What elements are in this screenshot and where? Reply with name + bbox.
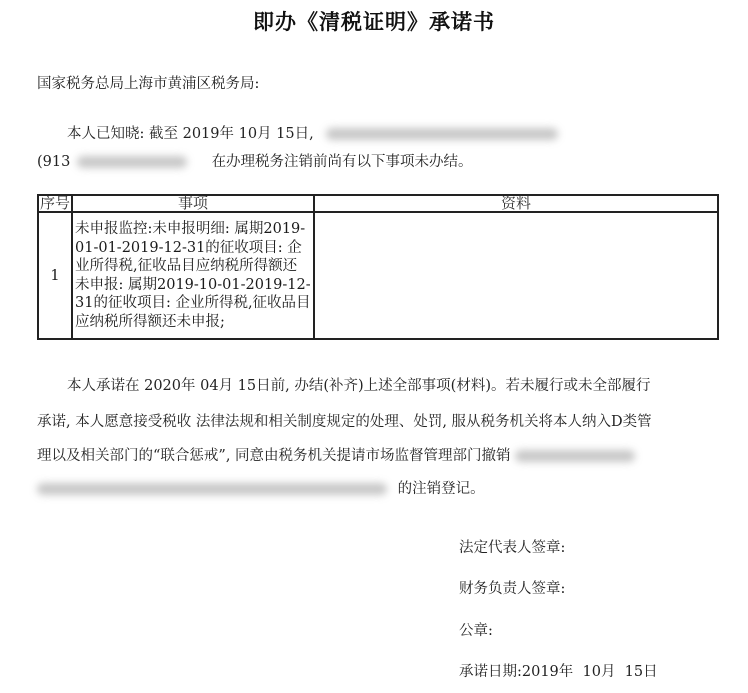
items-table: 序号 事项 资料 1 未申报监控:未申报明细: 属期2019-01-01-201…	[37, 194, 719, 340]
para1-line2: (913 在办理税务注销前尚有以下事项未办结。	[37, 152, 473, 172]
para2-line2: 承诺, 本人愿意接受税收 法律法规和相关制度规定的处理、处罚, 服从税务机关将本…	[37, 412, 652, 432]
tax-id-prefix: (913	[37, 154, 70, 170]
para1-line1-text: 本人已知晓: 截至 2019年 10月 15日,	[67, 126, 314, 142]
redacted-company-name	[326, 128, 558, 140]
para1-line2-text: 在办理税务注销前尚有以下事项未办结。	[212, 154, 473, 170]
redacted-tax-id	[77, 156, 187, 168]
header-no: 序号	[38, 195, 72, 212]
header-item: 事项	[72, 195, 314, 212]
legal-rep-signature: 法定代表人签章:	[459, 536, 565, 557]
header-material: 资料	[314, 195, 718, 212]
row-no: 1	[38, 212, 72, 339]
addressee: 国家税务总局上海市黄浦区税务局:	[37, 74, 259, 94]
official-seal: 公章:	[459, 619, 493, 640]
finance-head-signature: 财务负责人签章:	[459, 577, 565, 598]
para2-line4-text: 的注销登记。	[398, 481, 485, 497]
table-header-row: 序号 事项 资料	[38, 195, 718, 212]
document-title: 即办《清税证明》承诺书	[0, 6, 748, 36]
para2-line3: 理以及相关部门的“联合惩戒”, 同意由税务机关提请市场监督管理部门撤销	[37, 446, 635, 466]
para2-line1: 本人承诺在 2020年 04月 15日前, 办结(补齐)上述全部事项(材料)。若…	[67, 376, 650, 396]
para2-line4: 的注销登记。	[37, 479, 485, 499]
row-item: 未申报监控:未申报明细: 属期2019-01-01-2019-12-31的征收项…	[72, 212, 314, 339]
redacted-company-name	[515, 450, 635, 462]
para1-line1: 本人已知晓: 截至 2019年 10月 15日,	[67, 124, 558, 144]
redacted-company-name-and-tax-id	[37, 483, 387, 495]
table-row: 1 未申报监控:未申报明细: 属期2019-01-01-2019-12-31的征…	[38, 212, 718, 339]
para2-line3-text: 理以及相关部门的“联合惩戒”, 同意由税务机关提请市场监督管理部门撤销	[37, 448, 511, 464]
commitment-date: 承诺日期:2019年 10月 15日	[459, 660, 658, 681]
row-material	[314, 212, 718, 339]
